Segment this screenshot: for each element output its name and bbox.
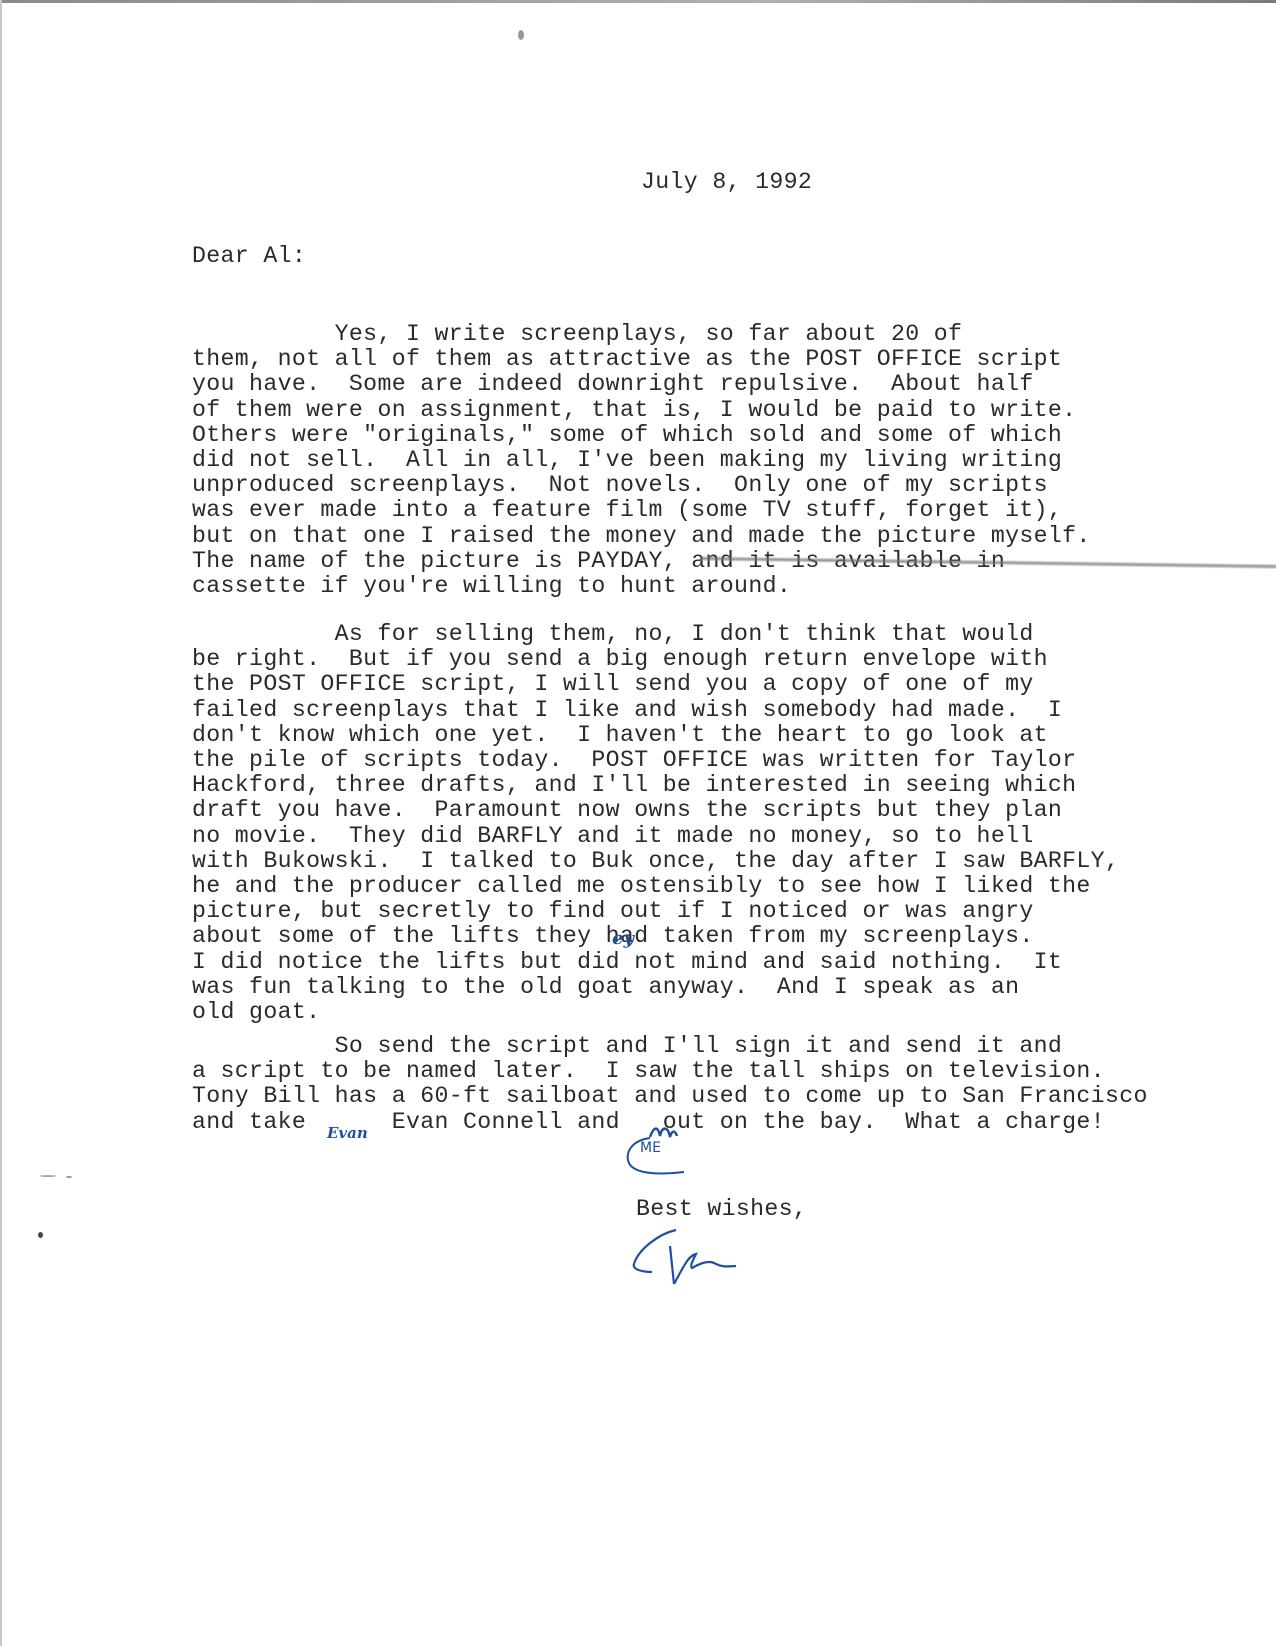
letter-line: Tony Bill has a 60-ft sailboat and used … xyxy=(192,1084,1148,1109)
letter-line: was fun talking to the old goat anyway. … xyxy=(192,975,1019,1000)
letter-line: Yes, I write screenplays, so far about 2… xyxy=(192,322,962,347)
letter-line: As for selling them, no, I don't think t… xyxy=(192,622,1034,647)
scan-top-edge xyxy=(0,0,1276,3)
letter-line: I did notice the lifts but did not mind … xyxy=(192,950,1062,975)
scan-speck xyxy=(518,30,524,40)
letter-date: July 8, 1992 xyxy=(641,170,812,195)
letter-closing: Best wishes, xyxy=(636,1197,807,1222)
letter-line: picture, but secretly to find out if I n… xyxy=(192,899,1034,924)
letter-line: the POST OFFICE script, I will send you … xyxy=(192,672,1034,697)
letter-line: with Bukowski. I talked to Buk once, the… xyxy=(192,849,1119,874)
letter-line: was ever made into a feature film (some … xyxy=(192,498,1062,523)
letter-line: the pile of scripts today. POST OFFICE w… xyxy=(192,748,1076,773)
letter-line: but on that one I raised the money and m… xyxy=(192,524,1091,549)
letter-line: you have. Some are indeed downright repu… xyxy=(192,372,1034,397)
letter-line: don't know which one yet. I haven't the … xyxy=(192,723,1048,748)
letter-line: them, not all of them as attractive as t… xyxy=(192,347,1062,372)
letter-line: a script to be named later. I saw the ta… xyxy=(192,1059,1105,1084)
letter-line: So send the script and I'll sign it and … xyxy=(192,1034,1062,1059)
letter-line: old goat. xyxy=(192,1000,320,1025)
letter-line: he and the producer called me ostensibly… xyxy=(192,874,1091,899)
scan-speck xyxy=(66,1176,72,1178)
letter-line: Others were "originals," some of which s… xyxy=(192,423,1062,448)
handwritten-correction: ey xyxy=(612,928,634,949)
scan-speck xyxy=(40,1175,56,1177)
handwritten-strikeout: Evan xyxy=(327,1124,368,1142)
letter-line: unproduced screenplays. Not novels. Only… xyxy=(192,473,1048,498)
letter-line: cassette if you're willing to hunt aroun… xyxy=(192,574,791,599)
scan-speck xyxy=(38,1232,43,1238)
letter-line: be right. But if you send a big enough r… xyxy=(192,647,1048,672)
letter-salutation: Dear Al: xyxy=(192,244,306,269)
letter-line: Hackford, three drafts, and I'll be inte… xyxy=(192,773,1076,798)
scan-left-edge xyxy=(0,0,2,1646)
letter-line: draft you have. Paramount now owns the s… xyxy=(192,798,1062,823)
handwritten-insertion: ME xyxy=(640,1140,661,1156)
signature xyxy=(630,1228,770,1298)
letter-line: did not sell. All in all, I've been maki… xyxy=(192,448,1062,473)
letter-line: failed screenplays that I like and wish … xyxy=(192,698,1062,723)
letter-line: of them were on assignment, that is, I w… xyxy=(192,398,1076,423)
letter-line: no movie. They did BARFLY and it made no… xyxy=(192,824,1034,849)
